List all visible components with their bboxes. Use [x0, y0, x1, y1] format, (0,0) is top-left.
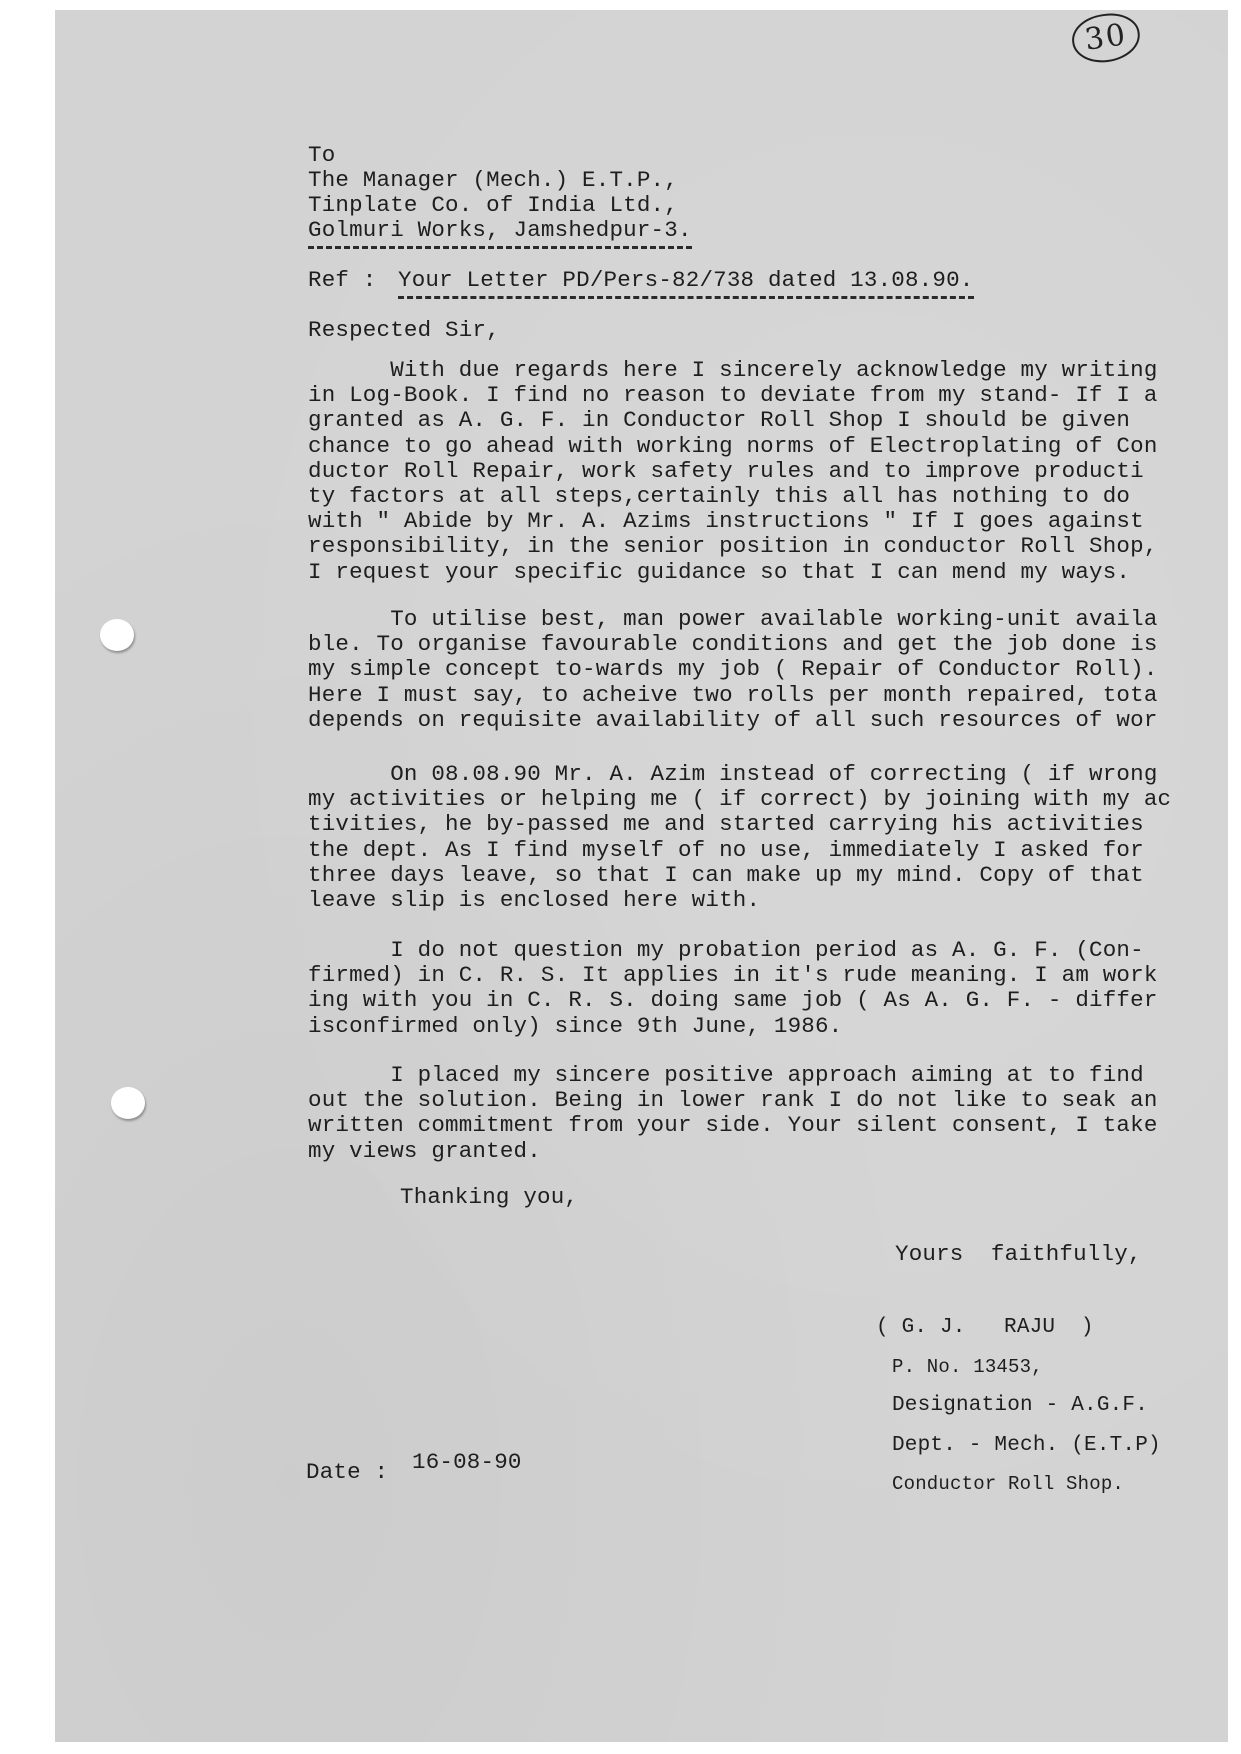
- paragraph-line: I do not question my probation period as…: [308, 938, 1144, 963]
- paragraph-line: the dept. As I find myself of no use, im…: [308, 838, 1144, 863]
- paragraph-line: with " Abide by Mr. A. Azims instruction…: [308, 509, 1144, 534]
- paragraph-line: ble. To organise favourable conditions a…: [308, 632, 1158, 657]
- paragraph-line: To utilise best, man power available wor…: [308, 607, 1158, 632]
- paragraph-line: in Log-Book. I find no reason to deviate…: [308, 383, 1158, 408]
- addressee-to: To: [308, 143, 335, 168]
- closing: Thanking you,: [400, 1185, 578, 1210]
- signatory-p-no: P. No. 13453,: [892, 1355, 1043, 1380]
- paragraph-line: depends on requisite availability of all…: [308, 708, 1158, 733]
- letter-body: To The Manager (Mech.) E.T.P., Tinplate …: [0, 0, 1228, 1754]
- date-value: 16-08-90: [412, 1450, 522, 1475]
- signatory-shop: Conductor Roll Shop.: [892, 1472, 1124, 1497]
- addressee-line: The Manager (Mech.) E.T.P.,: [308, 168, 678, 193]
- paragraph-line: three days leave, so that I can make up …: [308, 863, 1144, 888]
- paragraph-line: chance to go ahead with working norms of…: [308, 434, 1158, 459]
- paragraph-line: ductor Roll Repair, work safety rules an…: [308, 459, 1144, 484]
- paragraph-line: out the solution. Being in lower rank I …: [308, 1088, 1158, 1113]
- date-label: Date :: [306, 1460, 388, 1485]
- paragraph-line: On 08.08.90 Mr. A. Azim instead of corre…: [308, 762, 1158, 787]
- signoff: Yours faithfully,: [895, 1242, 1142, 1267]
- addressee-line: Golmuri Works, Jamshedpur-3.: [308, 218, 692, 249]
- addressee-line: Tinplate Co. of India Ltd.,: [308, 193, 678, 218]
- paragraph-line: tivities, he by-passed me and started ca…: [308, 812, 1144, 837]
- paragraph-line: ing with you in C. R. S. doing same job …: [308, 988, 1158, 1013]
- signatory-name: ( G. J. RAJU ): [876, 1315, 1094, 1340]
- salutation: Respected Sir,: [308, 318, 500, 343]
- paragraph-line: my views granted.: [308, 1139, 541, 1164]
- signatory-dept: Dept. - Mech. (E.T.P): [892, 1433, 1161, 1458]
- paragraph-line: I request your specific guidance so that…: [308, 560, 1130, 585]
- paragraph-line: firmed) in C. R. S. It applies in it's r…: [308, 963, 1158, 988]
- paragraph-line: written commitment from your side. Your …: [308, 1113, 1158, 1138]
- paragraph-line: my simple concept to-wards my job ( Repa…: [308, 657, 1158, 682]
- paragraph-line: Here I must say, to acheive two rolls pe…: [308, 683, 1158, 708]
- paragraph-line: ty factors at all steps,certainly this a…: [308, 484, 1130, 509]
- paragraph-line: responsibility, in the senior position i…: [308, 534, 1158, 559]
- paragraph-line: With due regards here I sincerely acknow…: [308, 358, 1158, 383]
- reference-text: Your Letter PD/Pers-82/738 dated 13.08.9…: [398, 268, 974, 299]
- paragraph-line: leave slip is enclosed here with.: [308, 888, 760, 913]
- paragraph-line: granted as A. G. F. in Conductor Roll Sh…: [308, 408, 1130, 433]
- paragraph-line: isconfirmed only) since 9th June, 1986.: [308, 1014, 842, 1039]
- paragraph-line: my activities or helping me ( if correct…: [308, 787, 1171, 812]
- signatory-designation: Designation - A.G.F.: [892, 1393, 1148, 1418]
- reference-label: Ref :: [308, 268, 377, 293]
- paragraph-line: I placed my sincere positive approach ai…: [308, 1063, 1144, 1088]
